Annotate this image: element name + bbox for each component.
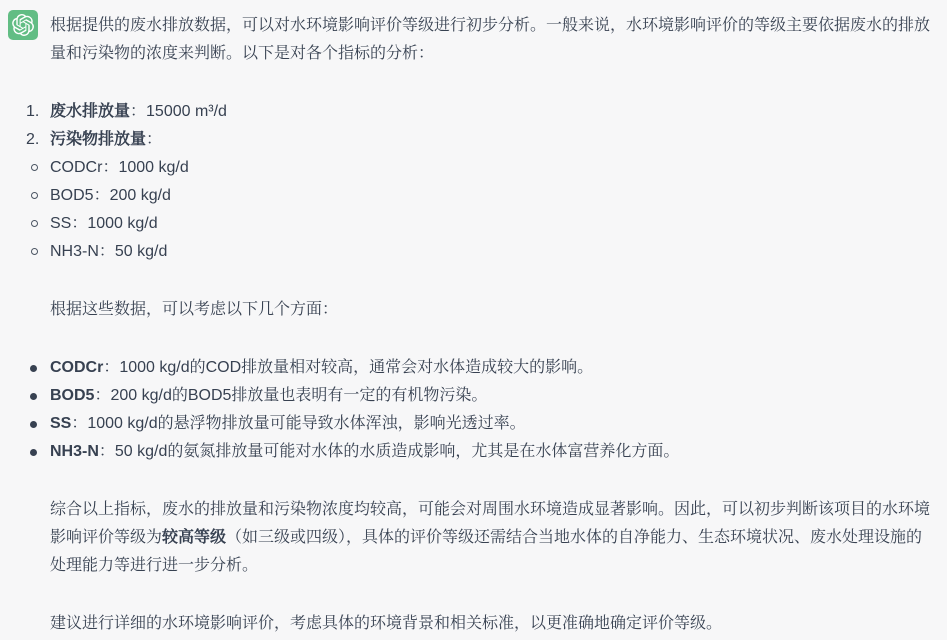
conclusion-paragraph: 综合以上指标，废水的排放量和污染物浓度均较高，可能会对周围水环境造成显著影响。因… bbox=[50, 496, 935, 580]
pollutant-text: CODCr：1000 kg/d bbox=[50, 159, 189, 176]
disc-bullet-icon bbox=[30, 449, 37, 456]
disc-bullet-icon bbox=[30, 393, 37, 400]
analysis-text: ：200 kg/d的BOD5排放量也表明有一定的有机物污染。 bbox=[94, 387, 487, 404]
ordered-item-pollutant-discharge: 2. 污染物排放量： CODCr：1000 kg/d BOD5：200 kg/d… bbox=[50, 126, 935, 266]
analysis-item-bod5: BOD5：200 kg/d的BOD5排放量也表明有一定的有机物污染。 bbox=[50, 382, 935, 410]
analysis-item-nh3n: NH3-N：50 kg/d的氨氮排放量可能对水体的水质造成影响，尤其是在水体富营… bbox=[50, 438, 935, 466]
conclusion-grade-bold: 较高等级 bbox=[162, 529, 226, 546]
analysis-item-codcr: CODCr：1000 kg/d的COD排放量相对较高，通常会对水体造成较大的影响… bbox=[50, 354, 935, 382]
pollutant-item-codcr: CODCr：1000 kg/d bbox=[50, 154, 935, 182]
list-number: 2. bbox=[26, 126, 39, 154]
analysis-label: BOD5 bbox=[50, 387, 94, 404]
ordered-item-wastewater-volume: 1. 废水排放量：15000 m³/d bbox=[50, 98, 935, 126]
consideration-paragraph: 根据这些数据，可以考虑以下几个方面： bbox=[50, 296, 935, 324]
disc-bullet-icon bbox=[30, 421, 37, 428]
circle-bullet-icon bbox=[31, 192, 38, 199]
recommendation-paragraph: 建议进行详细的水环境影响评价，考虑具体的环境背景和相关标准，以更准确地确定评价等… bbox=[50, 610, 935, 638]
intro-paragraph: 根据提供的废水排放数据，可以对水环境影响评价等级进行初步分析。一般来说，水环境影… bbox=[50, 12, 935, 68]
circle-bullet-icon bbox=[31, 220, 38, 227]
analysis-text: ：50 kg/d的氨氮排放量可能对水体的水质造成影响，尤其是在水体富营养化方面。 bbox=[99, 443, 680, 460]
analysis-list: CODCr：1000 kg/d的COD排放量相对较高，通常会对水体造成较大的影响… bbox=[50, 354, 935, 466]
pollutant-sublist: CODCr：1000 kg/d BOD5：200 kg/d SS：1000 kg… bbox=[50, 154, 935, 266]
list-number: 1. bbox=[26, 98, 39, 126]
analysis-text: ：1000 kg/d的悬浮物排放量可能导致水体浑浊，影响光透过率。 bbox=[71, 415, 525, 432]
openai-logo-icon bbox=[12, 14, 34, 36]
analysis-label: SS bbox=[50, 415, 71, 432]
analysis-item-ss: SS：1000 kg/d的悬浮物排放量可能导致水体浑浊，影响光透过率。 bbox=[50, 410, 935, 438]
pollutant-item-ss: SS：1000 kg/d bbox=[50, 210, 935, 238]
circle-bullet-icon bbox=[31, 164, 38, 171]
assistant-message: 根据提供的废水排放数据，可以对水环境影响评价等级进行初步分析。一般来说，水环境影… bbox=[0, 0, 947, 640]
disc-bullet-icon bbox=[30, 365, 37, 372]
item-label: 污染物排放量 bbox=[50, 131, 146, 148]
analysis-label: CODCr bbox=[50, 359, 103, 376]
pollutant-text: BOD5：200 kg/d bbox=[50, 187, 171, 204]
pollutant-text: SS：1000 kg/d bbox=[50, 215, 158, 232]
circle-bullet-icon bbox=[31, 248, 38, 255]
pollutant-item-bod5: BOD5：200 kg/d bbox=[50, 182, 935, 210]
indicator-ordered-list: 1. 废水排放量：15000 m³/d 2. 污染物排放量： CODCr：100… bbox=[50, 98, 935, 266]
item-label: 废水排放量 bbox=[50, 103, 130, 120]
analysis-text: ：1000 kg/d的COD排放量相对较高，通常会对水体造成较大的影响。 bbox=[103, 359, 593, 376]
item-value: ： bbox=[146, 131, 162, 148]
block-spacer bbox=[50, 266, 935, 296]
item-value: ：15000 m³/d bbox=[130, 103, 227, 120]
pollutant-text: NH3-N：50 kg/d bbox=[50, 243, 167, 260]
pollutant-item-nh3n: NH3-N：50 kg/d bbox=[50, 238, 935, 266]
analysis-label: NH3-N bbox=[50, 443, 99, 460]
chatgpt-avatar bbox=[8, 10, 38, 40]
